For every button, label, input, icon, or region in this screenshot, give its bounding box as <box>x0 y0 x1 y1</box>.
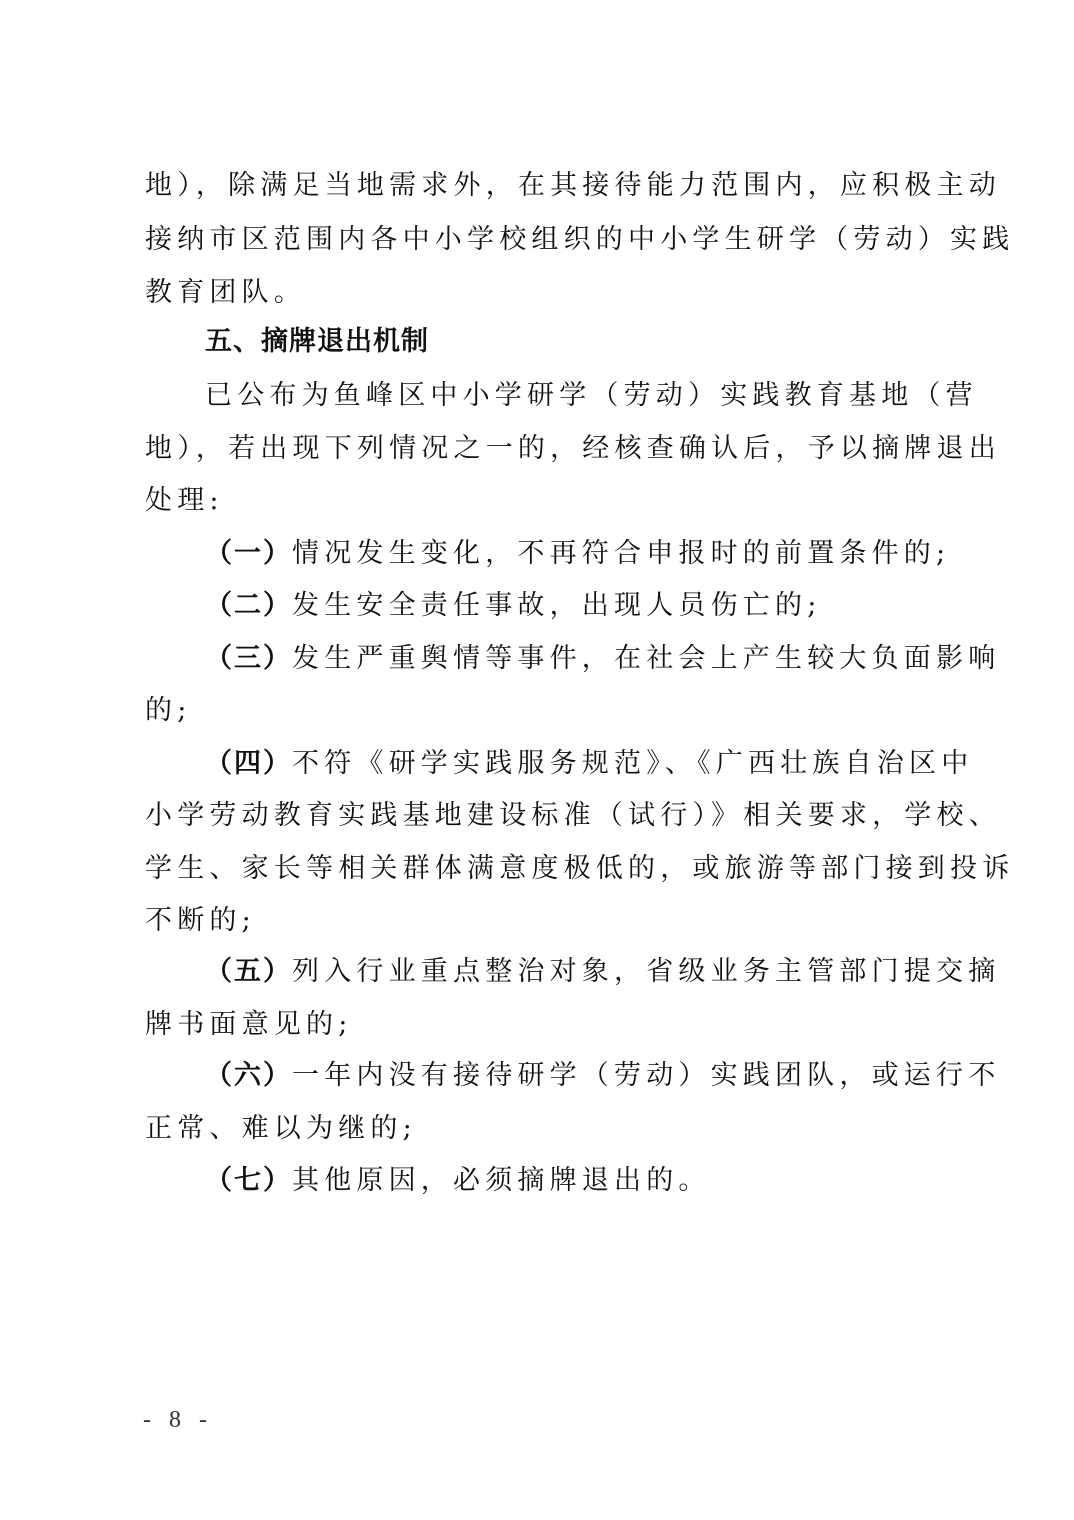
item-text-continued: 学生、家长等相关群体满意度极低的，或旅游等部门接到投诉 <box>145 849 945 889</box>
item-number: （二） <box>205 590 292 621</box>
body-text-line: 教育团队。 <box>145 273 945 313</box>
item-text-continued: 牌书面意见的; <box>145 1005 945 1045</box>
item-text: 情况发生变化，不再符合申报时的前置条件的; <box>292 538 950 569</box>
item-number: （四） <box>205 748 292 779</box>
item-text: 其他原因，必须摘牌退出的。 <box>292 1165 711 1196</box>
item-text: 列入行业重点整治对象，省级业务主管部门提交摘 <box>292 956 1000 987</box>
body-text-line: 接纳市区范围内各中小学校组织的中小学生研学（劳动）实践 <box>145 220 945 260</box>
list-item-7: （七）其他原因，必须摘牌退出的。 <box>205 1161 1005 1201</box>
list-item-3: （三）发生严重舆情等事件，在社会上产生较大负面影响 <box>205 639 1005 679</box>
list-item-1: （一）情况发生变化，不再符合申报时的前置条件的; <box>205 534 1005 574</box>
intro-text-line: 处理: <box>145 481 945 521</box>
intro-text-line: 地），若出现下列情况之一的，经核查确认后，予以摘牌退出 <box>145 429 945 469</box>
item-text-continued: 不断的; <box>145 901 945 941</box>
item-text-continued: 小学劳动教育实践基地建设标准（试行）》相关要求，学校、 <box>145 796 945 836</box>
item-text-continued: 的; <box>145 691 945 731</box>
item-text: 一年内没有接待研学（劳动）实践团队，或运行不 <box>292 1060 1000 1091</box>
list-item-2: （二）发生安全责任事故，出现人员伤亡的; <box>205 586 1005 626</box>
item-number: （一） <box>205 538 292 569</box>
page-number: - 8 - <box>143 1407 213 1434</box>
document-page: 地），除满足当地需求外，在其接待能力范围内，应积极主动 接纳市区范围内各中小学校… <box>0 0 1074 1520</box>
item-text-continued: 正常、难以为继的; <box>145 1109 945 1149</box>
list-item-4: （四）不符《研学实践服务规范》、《广西壮族自治区中 <box>205 744 1005 784</box>
item-number: （七） <box>205 1165 292 1196</box>
intro-text-line: 已公布为鱼峰区中小学研学（劳动）实践教育基地（营 <box>205 376 1005 416</box>
item-number: （六） <box>205 1060 292 1091</box>
body-text-line: 地），除满足当地需求外，在其接待能力范围内，应积极主动 <box>145 166 945 206</box>
item-text: 发生安全责任事故，出现人员伤亡的; <box>292 590 822 621</box>
list-item-5: （五）列入行业重点整治对象，省级业务主管部门提交摘 <box>205 952 1005 992</box>
item-number: （三） <box>205 643 292 674</box>
item-text: 不符《研学实践服务规范》、《广西壮族自治区中 <box>292 748 973 779</box>
list-item-6: （六）一年内没有接待研学（劳动）实践团队，或运行不 <box>205 1056 1005 1096</box>
section-heading: 五、摘牌退出机制 <box>205 322 1005 362</box>
item-number: （五） <box>205 956 292 987</box>
item-text: 发生严重舆情等事件，在社会上产生较大负面影响 <box>292 643 1000 674</box>
